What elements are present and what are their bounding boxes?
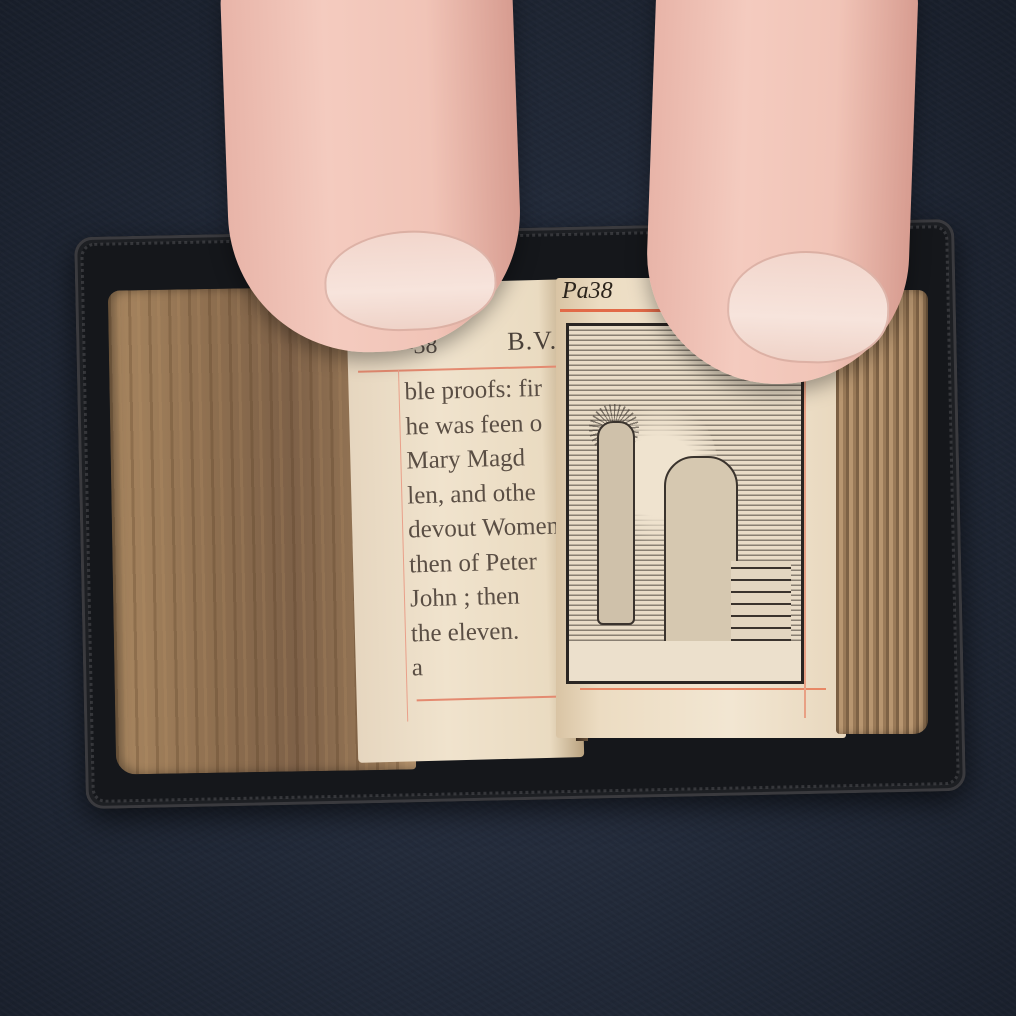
page-header: Pa38 bbox=[562, 278, 613, 305]
text-line: ble proofs: fir bbox=[404, 371, 580, 410]
figure-christ bbox=[597, 421, 635, 625]
red-rule-bottom bbox=[580, 688, 826, 690]
red-rule-margin bbox=[804, 368, 806, 718]
figure-mary bbox=[664, 456, 738, 650]
right-finger bbox=[643, 0, 920, 388]
running-head: B.V. bbox=[507, 326, 558, 357]
tomb-steps bbox=[731, 561, 791, 641]
text-line: he was feen o bbox=[405, 405, 581, 444]
fingernail bbox=[725, 248, 891, 366]
ground bbox=[569, 641, 801, 681]
left-finger bbox=[219, 0, 525, 357]
